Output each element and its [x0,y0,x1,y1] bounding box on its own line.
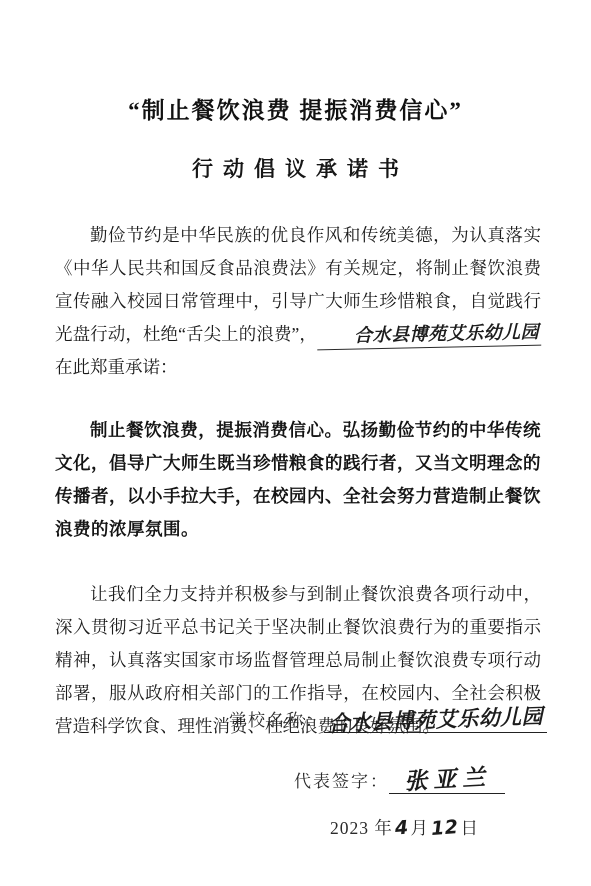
school-name-underline: 合水县博苑艾乐幼儿园 [324,702,547,733]
school-name-label: 学校名称： [229,706,324,733]
pledge-document-page: “制止餐饮浪费 提振消费信心” 行动倡议承诺书 勤俭节约是中华民族的优良作风和传… [0,0,591,886]
date-line: 2023 年4月12日 [0,815,591,840]
handwritten-date-day: 12 [428,816,461,840]
paragraph-pledge: 制止餐饮浪费，提振消费信心。弘扬勤俭节约的中华传统文化，倡导广大师生既当珍惜粮食… [55,414,541,546]
document-title: “制止餐饮浪费 提振消费信心” [0,0,591,125]
paragraph-intro-tail: 在此郑重承诺： [55,357,178,377]
handwritten-signature: 张亚兰 [403,759,492,797]
handwritten-date-month: 4 [392,816,411,839]
document-subtitle: 行动倡议承诺书 [0,153,591,183]
date-day-suffix: 日 [461,818,480,838]
representative-signature-underline: 张亚兰 [389,760,505,794]
handwritten-school-name: 合水县博苑艾乐幼儿园 [328,700,544,737]
school-name-row: 学校名称：合水县博苑艾乐幼儿园 [0,693,547,733]
date-month-suffix: 月 [411,818,430,838]
paragraph-intro: 勤俭节约是中华民族的优良作风和传统美德，为认真落实《中华人民共和国反食品浪费法》… [55,219,541,384]
representative-signature-row: 代表签字：张亚兰 [0,754,505,794]
signature-block: 学校名称：合水县博苑艾乐幼儿园 代表签字：张亚兰 2023 年4月12日 [0,693,591,840]
representative-signature-label: 代表签字： [294,767,389,794]
document-body: 勤俭节约是中华民族的优良作风和传统美德，为认真落实《中华人民共和国反食品浪费法》… [0,219,591,743]
handwritten-school-name-inline: 合水县博苑艾乐幼儿园 [317,321,541,351]
date-year: 2023 年 [330,818,393,838]
